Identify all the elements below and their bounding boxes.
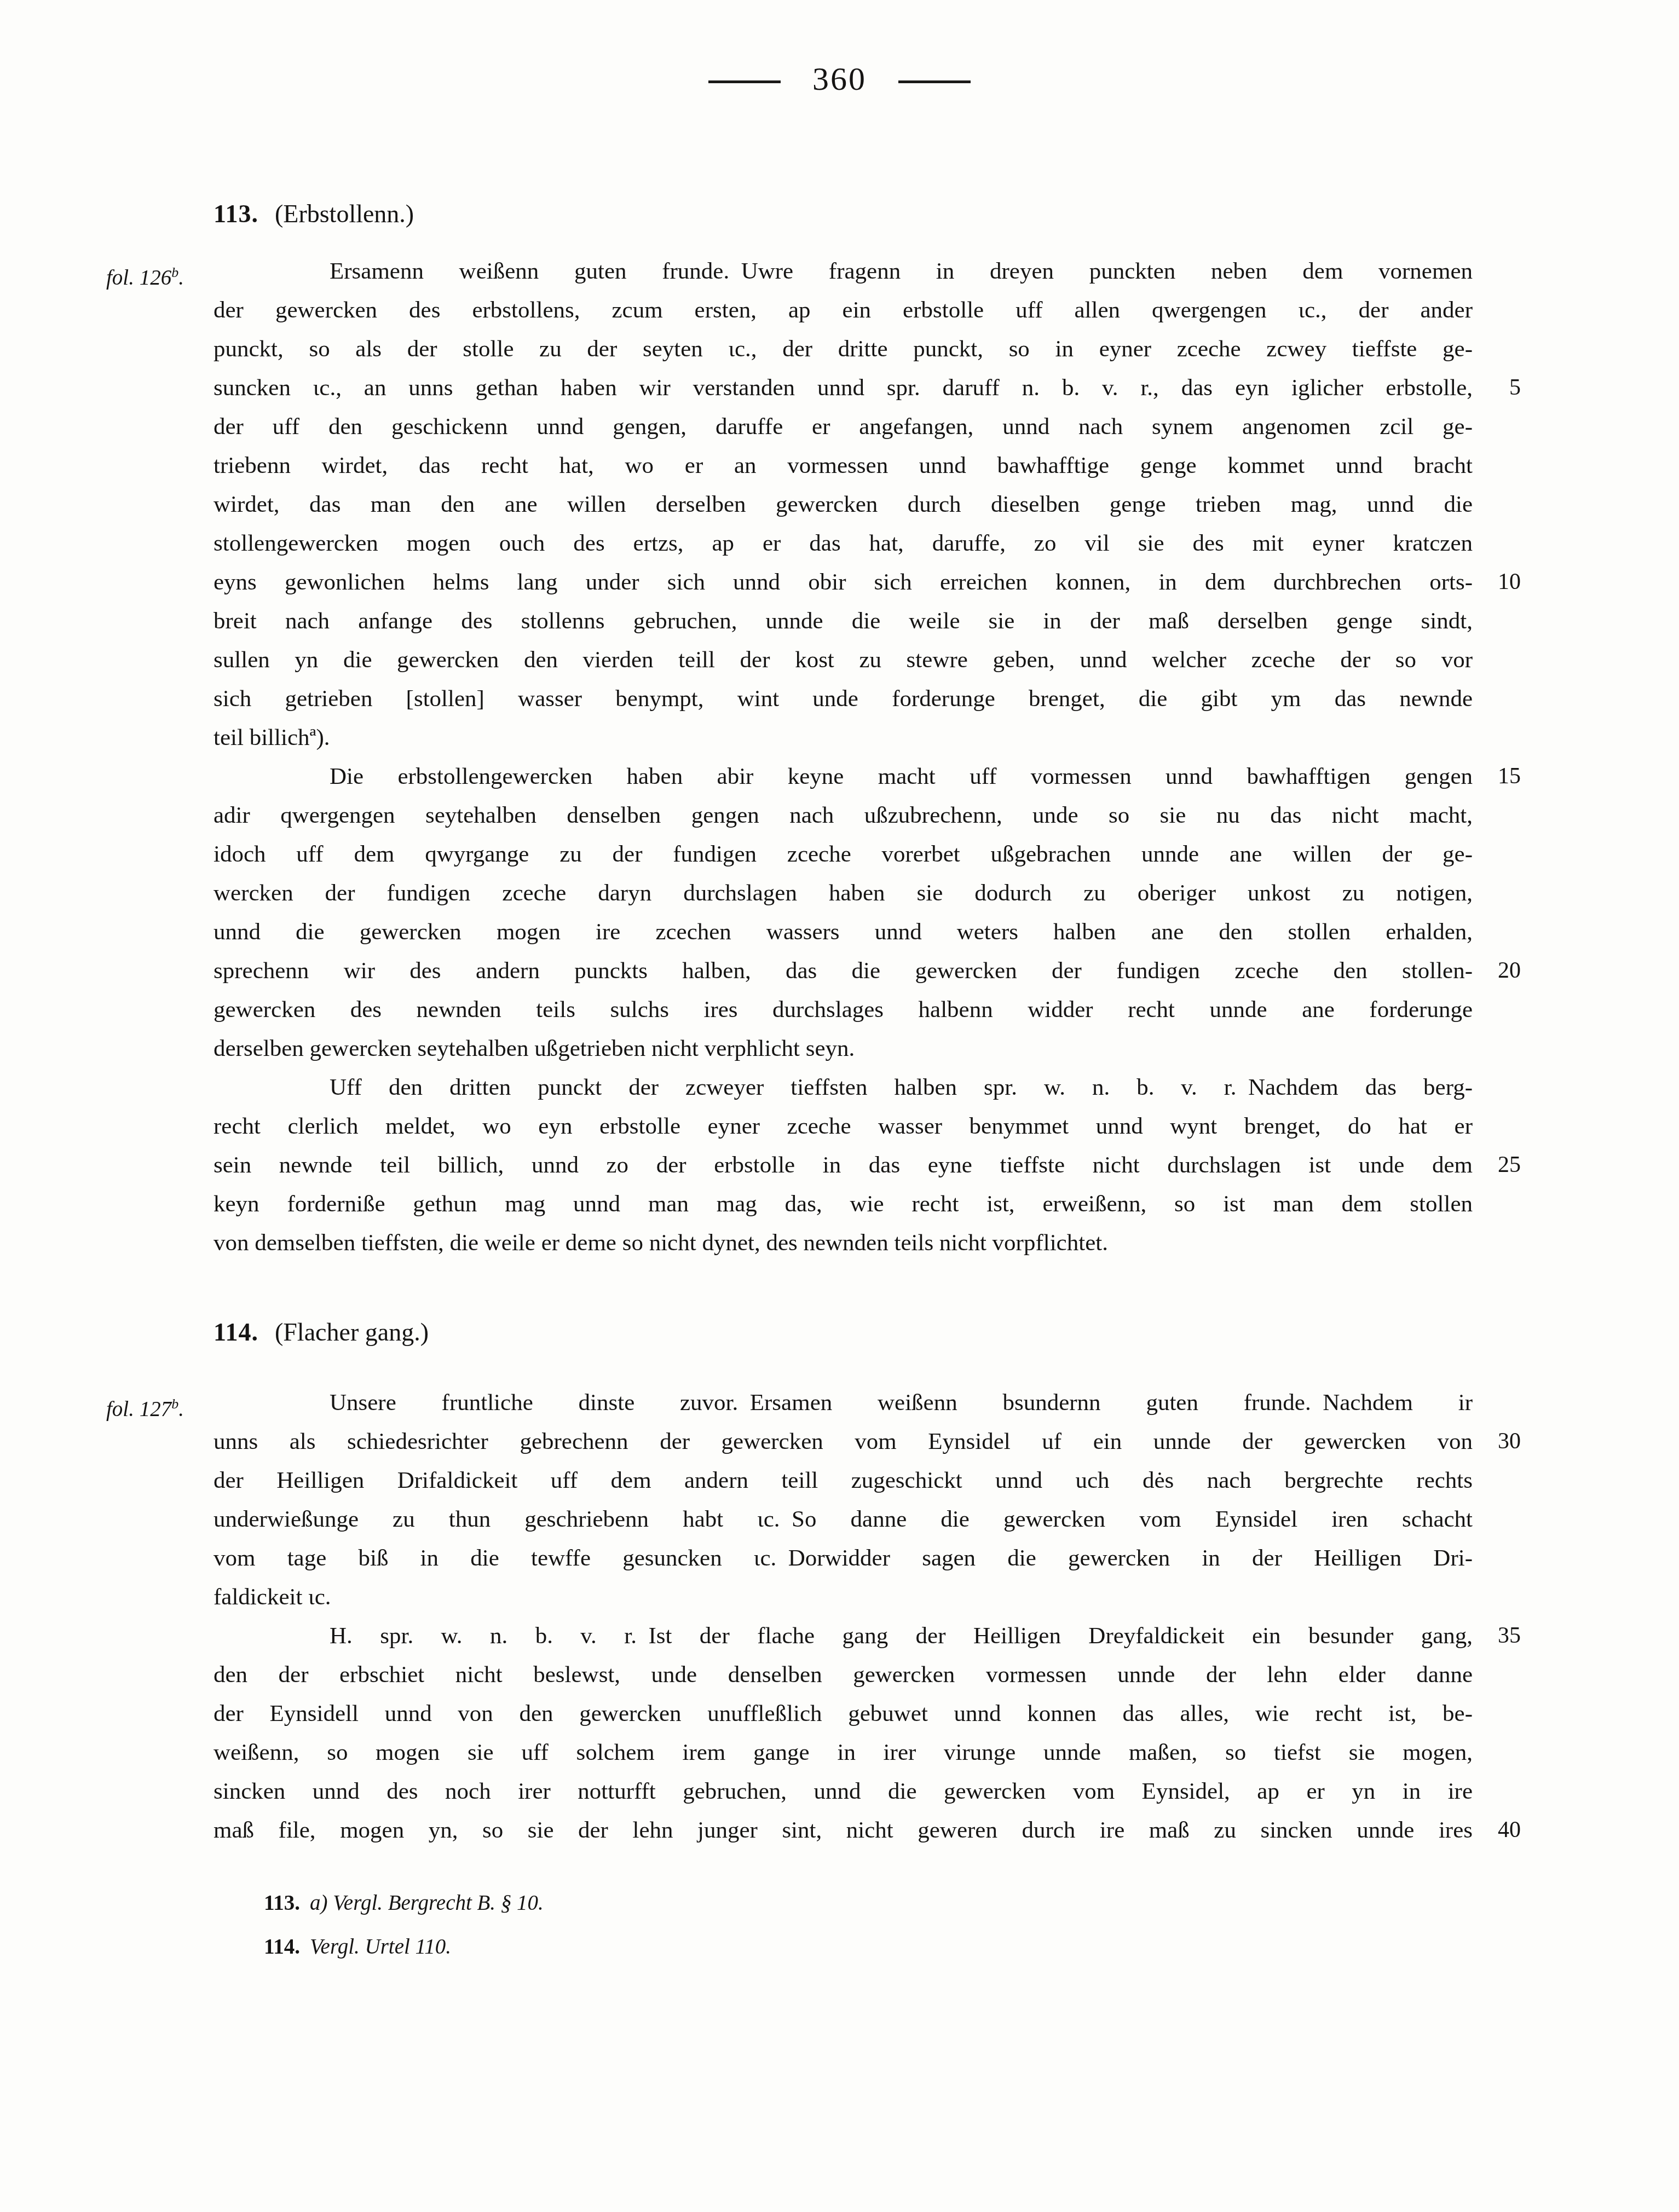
margin-line-number: 20: [1498, 951, 1521, 990]
text-line: sullen yn die gewercken den vierden teil…: [214, 640, 1473, 679]
text-line: sincken unnd des noch irer notturfft geb…: [214, 1772, 1473, 1811]
text-line: maß file, mogen yn, so sie der lehn jung…: [214, 1811, 1473, 1850]
margin-line-number: 25: [1498, 1146, 1521, 1185]
text-line-content: weißenn, so mogen sie uff solchem irem g…: [214, 1740, 1473, 1765]
footnote-text: Vergl. Urtel 110.: [310, 1935, 451, 1959]
folio-margin-note: fol. 126b.: [106, 253, 184, 297]
folio-period: .: [178, 1397, 184, 1421]
paragraph: Uff den dritten punckt der zcweyer tieff…: [214, 1068, 1473, 1262]
text-line-content: vom tage biß in die tewffe gesuncken ɩc.…: [214, 1545, 1473, 1571]
text-line: der Eynsidell unnd von den gewercken unu…: [214, 1694, 1473, 1733]
paragraph: H. spr. w. n. b. v. r. Ist der flache ga…: [214, 1616, 1473, 1850]
text-line-content: unnd die gewercken mogen ire zcechen was…: [214, 919, 1473, 945]
text-line: recht clerlich meldet, wo eyn erbstolle …: [214, 1107, 1473, 1146]
text-line: den der erbschiet nicht beslewst, unde d…: [214, 1655, 1473, 1694]
head-rule-left: [708, 80, 781, 83]
folio-label: fol. 126: [106, 266, 171, 290]
text-line: keyn forderniße gethun mag unnd man mag …: [214, 1185, 1473, 1223]
text-line: teil billichª).: [214, 718, 1473, 757]
paragraph: Die erbstollengewercken haben abir keyne…: [214, 757, 1473, 1068]
text-line-content: idoch uff dem qwyrgange zu der fundigen …: [214, 841, 1473, 867]
section-number: 113.: [214, 200, 258, 228]
text-line-content: eyns gewonlichen helms lang under sich u…: [214, 569, 1473, 595]
text-line: Ersamenn weißenn guten frunde. Uwre frag…: [214, 252, 1473, 291]
section-title: (Erbstollenn.): [275, 200, 414, 228]
text-line-content: faldickeit ɩc.: [214, 1584, 331, 1610]
text-line: punckt, so als der stolle zu der seyten …: [214, 330, 1473, 368]
text-line: Unsere fruntliche dinste zuvor. Ersamen …: [214, 1383, 1473, 1422]
text-line-content: adir qwergengen seytehalben denselben ge…: [214, 802, 1473, 828]
document-content: 113.(Erbstollenn.)fol. 126b.Ersamenn wei…: [214, 198, 1473, 1969]
text-line: faldickeit ɩc.: [214, 1578, 1473, 1616]
running-head: 360: [0, 0, 1679, 96]
text-line: wercken der fundigen zceche daryn durchs…: [214, 874, 1473, 912]
text-line-content: maß file, mogen yn, so sie der lehn jung…: [214, 1817, 1473, 1843]
text-line: Die erbstollengewercken haben abir keyne…: [214, 757, 1473, 796]
text-line-content: breit nach anfange des stollenns gebruch…: [214, 608, 1473, 634]
text-line: sich getrieben [stollen] wasser benympt,…: [214, 679, 1473, 718]
margin-line-number: 10: [1498, 563, 1521, 602]
text-line: Uff den dritten punckt der zcweyer tieff…: [214, 1068, 1473, 1107]
text-line-content: sprechenn wir des andern punckts halben,…: [214, 958, 1473, 984]
text-line: underwießunge zu thun geschriebenn habt …: [214, 1500, 1473, 1539]
text-line-content: sullen yn die gewercken den vierden teil…: [214, 647, 1473, 673]
footnote-number: 114.: [264, 1935, 300, 1959]
text-line: sein newnde teil billich, unnd zo der er…: [214, 1146, 1473, 1185]
text-line-content: H. spr. w. n. b. v. r. Ist der flache ga…: [330, 1623, 1473, 1649]
text-line: wirdet, das man den ane willen derselben…: [214, 485, 1473, 524]
text-line: triebenn wirdet, das recht hat, wo er an…: [214, 446, 1473, 485]
text-line-content: sich getrieben [stollen] wasser benympt,…: [214, 686, 1473, 712]
text-line: derselben gewercken seytehalben ußgetrie…: [214, 1029, 1473, 1068]
page-number: 360: [812, 61, 867, 96]
text-line-content: Uff den dritten punckt der zcweyer tieff…: [330, 1075, 1473, 1100]
text-line-content: Die erbstollengewercken haben abir keyne…: [330, 764, 1473, 789]
folio-period: .: [178, 266, 184, 290]
footnotes: 113.a) Vergl. Bergrecht B. § 10.114.Verg…: [264, 1881, 1473, 1969]
footnote: 114.Vergl. Urtel 110.: [264, 1925, 1473, 1969]
text-line-content: wirdet, das man den ane willen derselben…: [214, 492, 1473, 517]
text-line-content: der Eynsidell unnd von den gewercken unu…: [214, 1701, 1473, 1726]
text-line-content: suncken ɩc., an unns gethan haben wir ve…: [214, 375, 1473, 401]
text-line-content: von demselben tieffsten, die weile er de…: [214, 1230, 1108, 1256]
section: 113.(Erbstollenn.)fol. 126b.Ersamenn wei…: [214, 198, 1473, 1262]
text-line: breit nach anfange des stollenns gebruch…: [214, 602, 1473, 640]
margin-line-number: 5: [1509, 368, 1521, 407]
text-line: vom tage biß in die tewffe gesuncken ɩc.…: [214, 1539, 1473, 1578]
text-line: H. spr. w. n. b. v. r. Ist der flache ga…: [214, 1616, 1473, 1655]
margin-line-number: 15: [1382, 757, 1521, 796]
text-line-content: gewercken des newnden teils sulchs ires …: [214, 997, 1473, 1023]
text-line-content: teil billichª).: [214, 725, 330, 750]
text-line: der Heilligen Drifaldickeit uff dem ande…: [214, 1461, 1473, 1500]
text-line: sprechenn wir des andern punckts halben,…: [214, 951, 1473, 990]
folio-label: fol. 127: [106, 1397, 171, 1421]
text-line-content: sincken unnd des noch irer notturfft geb…: [214, 1778, 1473, 1804]
text-line-content: unns als schiedesrichter gebrechenn der …: [214, 1429, 1473, 1454]
section-title: (Flacher gang.): [275, 1318, 429, 1346]
paragraph: fol. 126b.Ersamenn weißenn guten frunde.…: [214, 252, 1473, 757]
text-line-content: Unsere fruntliche dinste zuvor. Ersamen …: [330, 1390, 1473, 1416]
text-line-content: der gewercken des erbstollens, zcum erst…: [214, 297, 1473, 323]
text-line-content: Ersamenn weißenn guten frunde. Uwre frag…: [330, 258, 1473, 284]
folio-margin-note: fol. 127b.: [106, 1384, 184, 1429]
text-line-content: der Heilligen Drifaldickeit uff dem ande…: [214, 1468, 1473, 1493]
folio-superscript: b: [171, 1396, 178, 1412]
margin-line-number: 35: [1382, 1616, 1521, 1655]
text-line-content: den der erbschiet nicht beslewst, unde d…: [214, 1662, 1473, 1688]
text-line-content: triebenn wirdet, das recht hat, wo er an…: [214, 453, 1473, 478]
section: 114.(Flacher gang.)fol. 127b.Unsere frun…: [214, 1316, 1473, 1850]
footnote-text: a) Vergl. Bergrecht B. § 10.: [310, 1891, 544, 1915]
text-line-content: punckt, so als der stolle zu der seyten …: [214, 336, 1473, 362]
text-line: idoch uff dem qwyrgange zu der fundigen …: [214, 835, 1473, 874]
text-line: adir qwergengen seytehalben denselben ge…: [214, 796, 1473, 835]
section-heading: 113.(Erbstollenn.): [214, 198, 1473, 230]
text-line-content: sein newnde teil billich, unnd zo der er…: [214, 1152, 1473, 1178]
text-line: stollengewercken mogen ouch des ertzs, a…: [214, 524, 1473, 563]
folio-superscript: b: [171, 264, 178, 280]
text-line: von demselben tieffsten, die weile er de…: [214, 1223, 1473, 1262]
text-line-content: stollengewercken mogen ouch des ertzs, a…: [214, 530, 1473, 556]
text-line: gewercken des newnden teils sulchs ires …: [214, 990, 1473, 1029]
text-line-content: der uff den geschickenn unnd gengen, dar…: [214, 414, 1473, 440]
footnote: 113.a) Vergl. Bergrecht B. § 10.: [264, 1881, 1473, 1925]
text-line: eyns gewonlichen helms lang under sich u…: [214, 563, 1473, 602]
section-heading: 114.(Flacher gang.): [214, 1316, 1473, 1348]
margin-line-number: 40: [1498, 1811, 1521, 1850]
text-line: weißenn, so mogen sie uff solchem irem g…: [214, 1733, 1473, 1772]
text-line-content: recht clerlich meldet, wo eyn erbstolle …: [214, 1113, 1473, 1139]
text-line-content: derselben gewercken seytehalben ußgetrie…: [214, 1036, 855, 1061]
text-line: unnd die gewercken mogen ire zcechen was…: [214, 912, 1473, 951]
text-line: der gewercken des erbstollens, zcum erst…: [214, 291, 1473, 330]
margin-line-number: 30: [1498, 1422, 1521, 1461]
text-line: suncken ɩc., an unns gethan haben wir ve…: [214, 368, 1473, 407]
text-line: der uff den geschickenn unnd gengen, dar…: [214, 407, 1473, 446]
text-line: unns als schiedesrichter gebrechenn der …: [214, 1422, 1473, 1461]
footnote-number: 113.: [264, 1891, 300, 1915]
paragraph: fol. 127b.Unsere fruntliche dinste zuvor…: [214, 1383, 1473, 1616]
section-number: 114.: [214, 1318, 258, 1346]
text-line-content: wercken der fundigen zceche daryn durchs…: [214, 880, 1473, 906]
head-rule-right: [898, 80, 971, 83]
text-line-content: underwießunge zu thun geschriebenn habt …: [214, 1506, 1473, 1532]
scanned-book-page: 360 113.(Erbstollenn.)fol. 126b.Ersamenn…: [0, 0, 1679, 2212]
text-line-content: keyn forderniße gethun mag unnd man mag …: [214, 1191, 1473, 1217]
